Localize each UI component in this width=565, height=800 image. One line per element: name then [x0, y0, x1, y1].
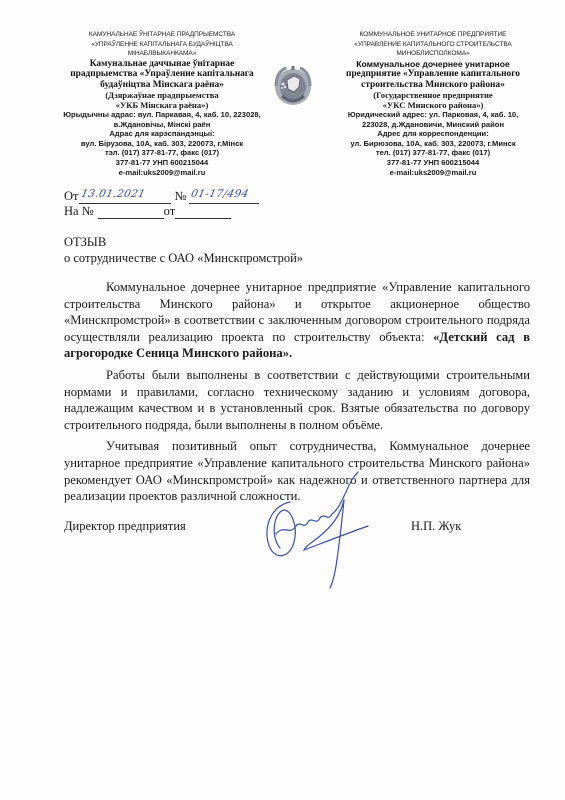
address-line: вул. Бірузова, 10А, каб. 303, 220073, г.…: [62, 139, 262, 149]
header-right-russian: КОММУНАЛЬНОЕ УНИТАРНОЕ ПРЕДПРИЯТИЕ «УПРА…: [328, 30, 538, 177]
address-line: 377-81-77 УНП 600215044: [328, 158, 538, 168]
to-date-field: [175, 205, 231, 219]
document-title-block: ОТЗЫВ о сотрудничестве с ОАО «Минскпромс…: [64, 235, 303, 266]
paragraph: Работы были выполнены в соответствии с д…: [64, 367, 530, 433]
org-sub-line: «УКС Минского района»): [328, 100, 538, 110]
to-number-field: [98, 205, 164, 219]
signer-position: Директор предприятия: [64, 519, 186, 534]
address-line: 377-81-77 УНП 600215044: [62, 158, 262, 168]
from-date-field: 13.01.2021: [79, 190, 171, 204]
incoming-ref-line: На № от: [64, 204, 259, 219]
address-line: тел. (017) 377-81-77, факс (017): [328, 148, 538, 158]
address-line: Адрес для корреспонденции:: [328, 129, 538, 139]
address-line: Юридический адрес: ул. Парковая, 4, каб.…: [328, 110, 538, 120]
document-subtitle: о сотрудничестве с ОАО «Минскпромстрой»: [64, 251, 303, 267]
parent-org-line: МІНАБЛВЫКАНКАМА»: [62, 49, 262, 59]
document-title: ОТЗЫВ: [64, 235, 303, 251]
address-line: Адрас для карэспандэнцыі:: [62, 129, 262, 139]
number-handwritten: 01-17/494: [190, 187, 251, 202]
parent-org-line: «УПРАВЛЕНИЕ КАПИТАЛЬНОГО СТРОИТЕЛЬСТВА: [328, 40, 538, 50]
to-number-label: На №: [64, 204, 94, 219]
org-name-line: прадпрыемства «Упраўленне капітальнага: [62, 69, 262, 79]
email-line: e-mail:uks2009@mail.ru: [62, 168, 262, 178]
state-emblem-belarus-icon: [272, 62, 314, 108]
handwritten-signature-icon: [240, 470, 380, 590]
letter-page: КАМУНАЛЬНАЕ ЎНІТАРНАЕ ПРАДПРЫЕМСТВА «УПР…: [0, 0, 565, 800]
org-name-line: строительства Минского района»: [328, 80, 538, 90]
address-line: ул. Бирюзова, 10А, каб. 303, 220073, г.М…: [328, 139, 538, 149]
address-line: в.Ждановічы, Мінскі раён: [62, 120, 262, 130]
from-label: От: [64, 189, 79, 204]
org-name-line: предприятие «Управление капитального: [328, 69, 538, 79]
paragraph: Коммунальное дочернее унитарное предприя…: [64, 279, 530, 362]
org-name-line: Камунальнае даччынае ўнітарнае: [62, 59, 262, 69]
to-date-label: от: [164, 204, 176, 219]
org-sub-line: (Дзяржаўнае прадпрыемства: [62, 90, 262, 100]
signer-name: Н.П. Жук: [411, 519, 461, 534]
header-left-belarusian: КАМУНАЛЬНАЕ ЎНІТАРНАЕ ПРАДПРЫЕМСТВА «УПР…: [62, 30, 262, 177]
parent-org-line: МИНОБЛИСПОЛКОМА»: [328, 49, 538, 59]
address-line: 223028, д.Ждановичи, Минский район: [328, 120, 538, 130]
org-name-line: будаўніцтва Мінскага раёна»: [62, 80, 262, 90]
org-sub-line: «УКБ Мінскага раёна»): [62, 100, 262, 110]
org-name-line: Коммунальное дочернее унитарное: [328, 59, 538, 69]
org-sub-line: (Государственное предприятие: [328, 90, 538, 100]
parent-org-line: КОММУНАЛЬНОЕ УНИТАРНОЕ ПРЕДПРИЯТИЕ: [328, 30, 538, 40]
number-label: №: [175, 189, 187, 204]
reference-block: От 13.01.2021 № 01-17/494 На № от: [64, 189, 259, 219]
from-date-handwritten: 13.01.2021: [79, 187, 146, 202]
email-line: e-mail:uks2009@mail.ru: [328, 168, 538, 178]
outgoing-ref-line: От 13.01.2021 № 01-17/494: [64, 189, 259, 204]
number-field: 01-17/494: [189, 190, 259, 204]
parent-org-line: «УПРАЎЛЕННЕ КАПІТАЛЬНАГА БУДАЎНІЦТВА: [62, 40, 262, 50]
address-line: Юрыдычны адрас: вул. Паркавая, 4, каб. 1…: [62, 110, 262, 120]
address-line: тэл. (017) 377-81-77, факс (017): [62, 148, 262, 158]
parent-org-line: КАМУНАЛЬНАЕ ЎНІТАРНАЕ ПРАДПРЫЕМСТВА: [62, 30, 262, 40]
